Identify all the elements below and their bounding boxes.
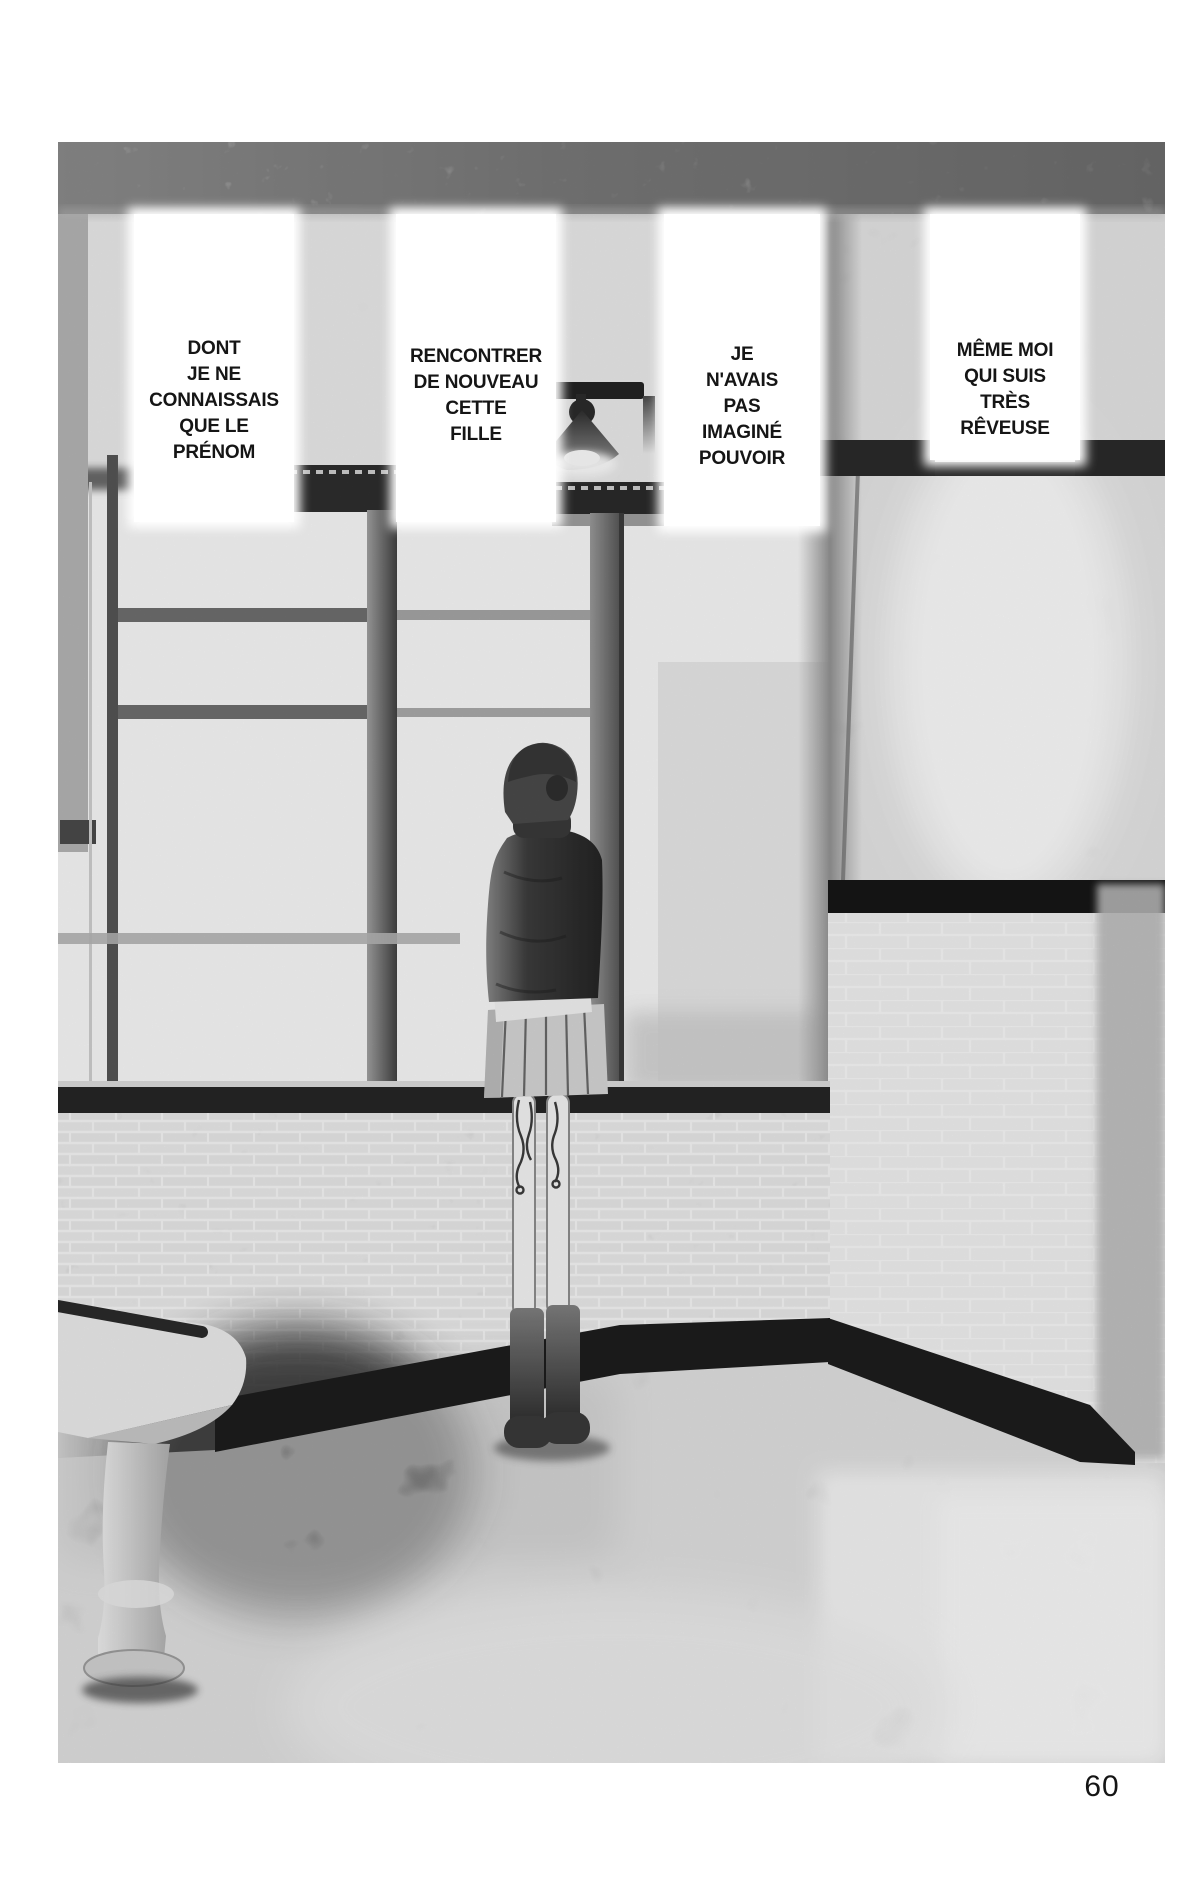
caption-strip-leftmost: DONT JE NE CONNAISSAIS QUE LE PRÉNOM xyxy=(134,214,294,522)
page-number: 60 xyxy=(1052,1770,1152,1804)
caption-text: DONT JE NE CONNAISSAIS QUE LE PRÉNOM xyxy=(134,214,294,466)
manga-page: { "page": { "kind_label": "manga page (F… xyxy=(0,0,1200,1887)
caption-strip-rightmost: MÊME MOI QUI SUIS TRÈS RÊVEUSE xyxy=(930,214,1080,460)
caption-strip-mid-left: RENCONTRER DE NOUVEAU CETTE FILLE xyxy=(396,214,556,522)
caption-strip-mid-right: JE N'AVAIS PAS IMAGINÉ POUVOIR xyxy=(664,214,820,526)
caption-text: RENCONTRER DE NOUVEAU CETTE FILLE xyxy=(396,214,556,448)
caption-text: JE N'AVAIS PAS IMAGINÉ POUVOIR xyxy=(664,214,820,472)
caption-text: MÊME MOI QUI SUIS TRÈS RÊVEUSE xyxy=(930,214,1080,442)
